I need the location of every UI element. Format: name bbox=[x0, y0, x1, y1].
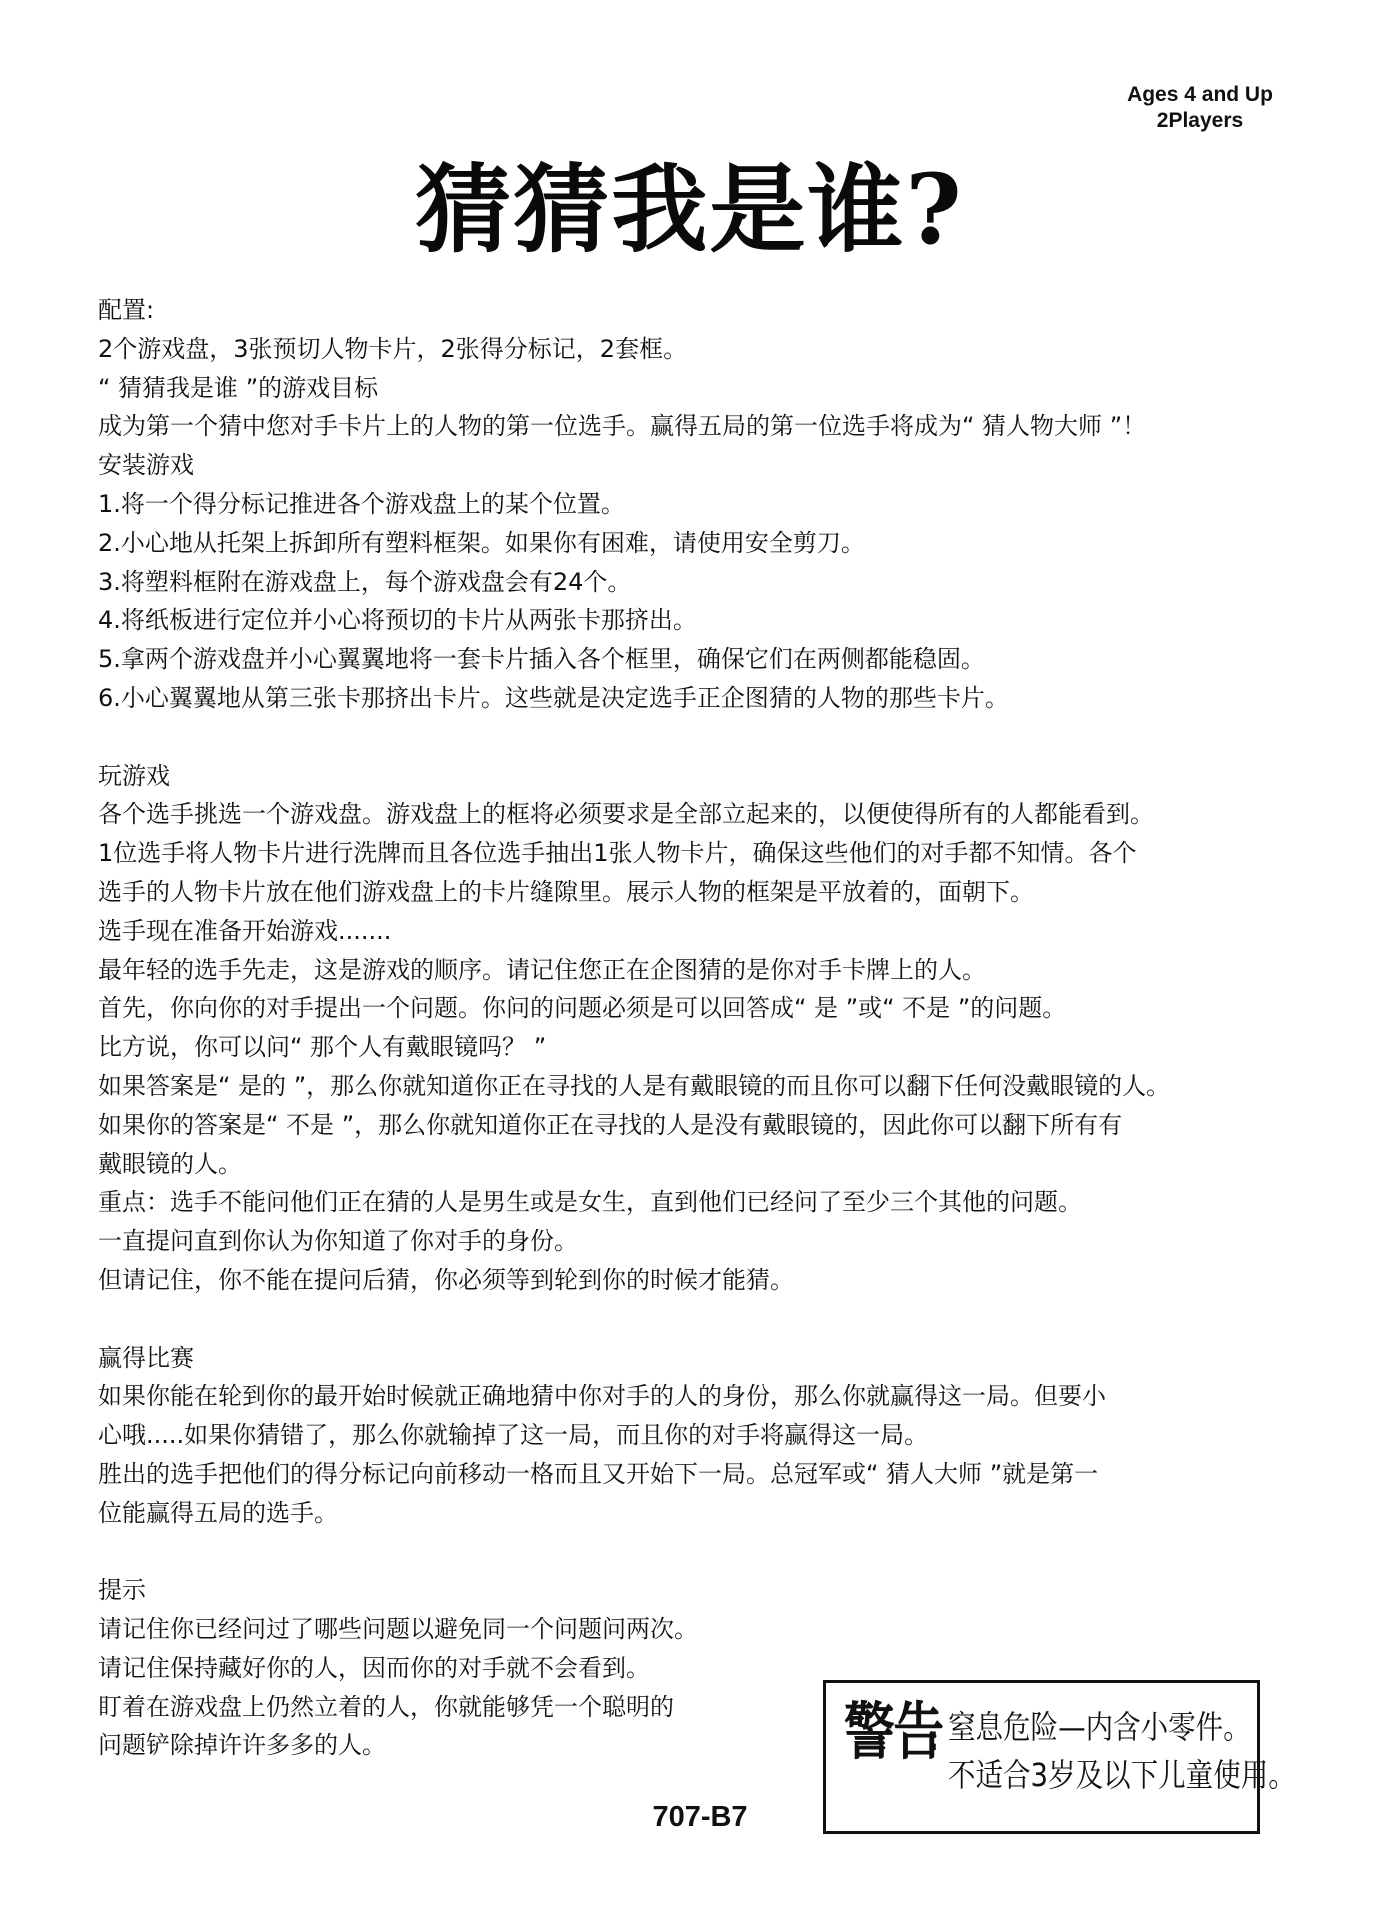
install-step: 6.小心翼翼地从第三张卡那挤出卡片。这些就是决定选手正企图猜的人物的那些卡片。 bbox=[98, 679, 1278, 718]
warning-box: 警告 : 窒息危险—内含小零件。 不适合3岁及以下儿童使用。 bbox=[823, 1680, 1260, 1834]
play-heading: 玩游戏 bbox=[98, 757, 1278, 796]
page-title: 猜猜我是谁? bbox=[0, 150, 1379, 270]
title-text: 猜猜我是谁 bbox=[415, 154, 905, 266]
spacer bbox=[98, 1300, 1278, 1339]
warning-colon: : bbox=[926, 1719, 940, 1759]
warning-line-1: 窒息危险—内含小零件。 bbox=[948, 1703, 1251, 1751]
play-line: 首先，你向你的对手提出一个问题。你问的问题必须是可以回答成“ 是 ”或“ 不是 … bbox=[98, 989, 1278, 1028]
play-line: 重点：选手不能问他们正在猜的人是男生或是女生，直到他们已经问了至少三个其他的问题… bbox=[98, 1183, 1278, 1222]
play-line: 如果你的答案是“ 不是 ”，那么你就知道你正在寻找的人是没有戴眼镜的，因此你可以… bbox=[98, 1106, 1278, 1145]
title-question-mark: ? bbox=[905, 153, 963, 266]
tips-heading: 提示 bbox=[98, 1571, 1278, 1610]
install-step: 2.小心地从托架上拆卸所有塑料框架。如果你有困难，请使用安全剪刀。 bbox=[98, 524, 1278, 563]
spacer bbox=[98, 1533, 1278, 1572]
product-code: 707-B7 bbox=[600, 1801, 800, 1834]
players-label: 2Players bbox=[1110, 108, 1290, 134]
ages-label: Ages 4 and Up bbox=[1110, 82, 1290, 108]
age-player-info: Ages 4 and Up 2Players bbox=[1110, 82, 1290, 134]
install-heading: 安装游戏 bbox=[98, 446, 1278, 485]
play-line: 戴眼镜的人。 bbox=[98, 1145, 1278, 1184]
setup-contents: 2个游戏盘，3张预切人物卡片，2张得分标记，2套框。 bbox=[98, 330, 1278, 369]
play-line: 如果答案是“ 是的 ”，那么你就知道你正在寻找的人是有戴眼镜的而且你可以翻下任何… bbox=[98, 1067, 1278, 1106]
win-line: 位能赢得五局的选手。 bbox=[98, 1494, 1278, 1533]
play-line: 选手的人物卡片放在他们游戏盘上的卡片缝隙里。展示人物的框架是平放着的，面朝下。 bbox=[98, 873, 1278, 912]
goal-heading: “ 猜猜我是谁 ”的游戏目标 bbox=[98, 369, 1278, 408]
install-step: 1.将一个得分标记推进各个游戏盘上的某个位置。 bbox=[98, 485, 1278, 524]
install-step: 3.将塑料框附在游戏盘上，每个游戏盘会有24个。 bbox=[98, 563, 1278, 602]
win-line: 胜出的选手把他们的得分标记向前移动一格而且又开始下一局。总冠军或“ 猜人大师 ”… bbox=[98, 1455, 1278, 1494]
play-line: 一直提问直到你认为你知道了你对手的身份。 bbox=[98, 1222, 1278, 1261]
win-heading: 赢得比赛 bbox=[98, 1339, 1278, 1378]
goal-text: 成为第一个猜中您对手卡片上的人物的第一位选手。赢得五局的第一位选手将成为“ 猜人… bbox=[98, 407, 1278, 446]
play-line: 各个选手挑选一个游戏盘。游戏盘上的框将必须要求是全部立起来的，以便使得所有的人都… bbox=[98, 795, 1278, 834]
warning-line-2: 不适合3岁及以下儿童使用。 bbox=[948, 1751, 1296, 1799]
play-line: 比方说，你可以问“ 那个人有戴眼镜吗？ ” bbox=[98, 1028, 1278, 1067]
tips-line: 请记住你已经问过了哪些问题以避免同一个问题问两次。 bbox=[98, 1610, 1278, 1649]
install-step: 5.拿两个游戏盘并小心翼翼地将一套卡片插入各个框里，确保它们在两侧都能稳固。 bbox=[98, 640, 1278, 679]
install-step: 4.将纸板进行定位并小心将预切的卡片从两张卡那挤出。 bbox=[98, 601, 1278, 640]
win-line: 如果你能在轮到你的最开始时候就正确地猜中你对手的人的身份，那么你就赢得这一局。但… bbox=[98, 1377, 1278, 1416]
instructions-body: 配置: 2个游戏盘，3张预切人物卡片，2张得分标记，2套框。 “ 猜猜我是谁 ”… bbox=[98, 291, 1278, 1765]
play-line: 最年轻的选手先走，这是游戏的顺序。请记住您正在企图猜的是你对手卡牌上的人。 bbox=[98, 951, 1278, 990]
play-line: 选手现在准备开始游戏....... bbox=[98, 912, 1278, 951]
play-line: 但请记住，你不能在提问后猜，你必须等到轮到你的时候才能猜。 bbox=[98, 1261, 1278, 1300]
spacer bbox=[98, 718, 1278, 757]
play-line: 1位选手将人物卡片进行洗牌而且各位选手抽出1张人物卡片，确保这些他们的对手都不知… bbox=[98, 834, 1278, 873]
win-line: 心哦.....如果你猜错了，那么你就输掉了这一局，而且你的对手将赢得这一局。 bbox=[98, 1416, 1278, 1455]
setup-heading: 配置: bbox=[98, 291, 1278, 330]
